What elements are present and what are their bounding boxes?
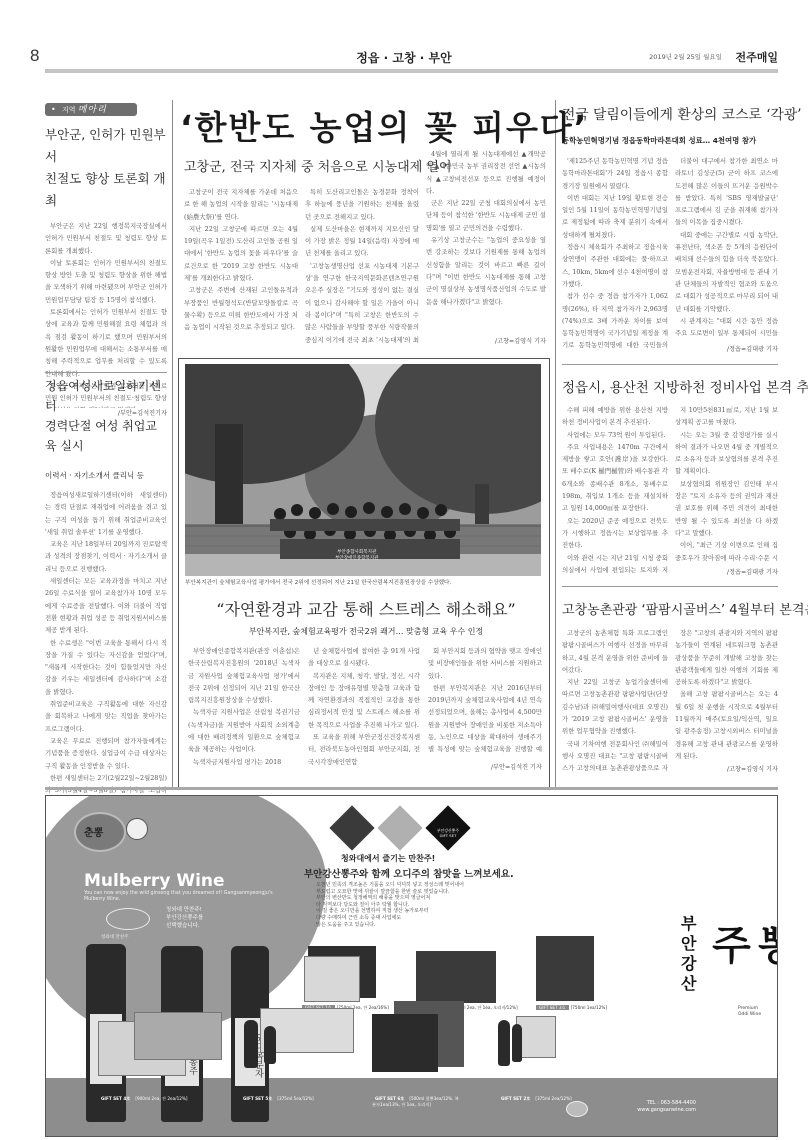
advertisement[interactable]: 춘뽕 Mulberry Wine You can now enjoy the w… [45, 795, 778, 1137]
article-jeongeup-women: 정읍여성새로일하기센터 경력단절 여성 취업교육 실시 이력서 · 자기소개서 … [45, 376, 167, 819]
paragraph: 장은 "고창의 관광지와 지역의 팜팜농가들이 연계된 네트워크형 농촌관광상품… [675, 627, 778, 688]
center-headline: “자연환경과 교감 통해 스트레스 해소해요” [180, 597, 552, 620]
contact-phone: TEL : 063-584-4400 [586, 1100, 696, 1107]
center-subheadline: 부안복지관, 숲체험교육평가 전국2위 쾌거… 맞춤형 교육 우수 인정 [180, 626, 552, 637]
paragraph: 지난 22일 고창군에 따르면 오는 4월 19일(곡우 1일전) 도산리 고인… [184, 223, 298, 284]
center-article-col-1: 부안장애인종합복지관(관장 이춘섭)은 한국산림복지진흥원의 '2018년 녹색… [188, 645, 300, 775]
paragraph: 회 부안지회 등과의 협약을 맺고 장애인 및 비장애인들을 위한 서비스를 지… [428, 645, 542, 682]
newspaper-name: 전주매일 [735, 49, 778, 65]
gift-set-label: GIFT SET 3호[750ml 1ea/12%] [536, 1005, 607, 1011]
gift-set-4-lid [134, 1012, 222, 1060]
banner-line: 부안장애인종합복지관 [335, 556, 378, 562]
small-bottle [264, 1026, 276, 1064]
premium-line: Oddi Wine [738, 1012, 761, 1018]
paragraph: 참가 선수 중 정읍 참가자가 1,062명(26%), 타 지역 참가자가 2… [562, 290, 668, 350]
paragraph: 이어, "최근 기상 이변으로 인해 집중호우가 잦아짐에 따라 수리·수문 시… [675, 539, 778, 564]
column-divider [172, 100, 173, 790]
section-badge: • 지역 메아리 [45, 103, 137, 116]
paragraph: 부안장애인종합복지관(관장 이춘섭)은 한국산림복지진흥원의 '2018년 녹색… [188, 645, 300, 706]
calligraphy-char: 부 [681, 914, 699, 934]
center-article-col-2: 년 숲체험사업에 참여한 총 91개 사업을 대상으로 실시됐다. 복지관은 지… [308, 645, 420, 775]
paragraph: 더불어 대구에서 참가한 최연소 마라토너 김성군(5) 군이 하프 코스에 도… [675, 155, 778, 229]
article-body: 정읍여성새로일하기센터(이하 새일센터)는 경력 단절로 재취업에 어려움을 겪… [45, 489, 167, 810]
article-divider [45, 372, 167, 373]
main-article-col-3: 4월에 열리게 될 시농대제에선 ▲개막공연 ▲대한민국 농부 권리장전 선언 … [426, 148, 546, 333]
byline: /고창=김영식 기자 [675, 764, 778, 773]
article-subheadline: 이력서 · 자기소개서 클리닉 등 [45, 470, 167, 481]
paragraph: 녹색자금 지원사업은 산림청 복권기금(녹색자금)을 지원받아 사회적 소외계층… [188, 706, 300, 755]
right-headline-marathon: 전국 달림이들에게 환상의 코스로 ‘각광’ [562, 103, 802, 123]
badge-small-label: 지역 [62, 106, 76, 114]
ad-tagline: You can now enjoy the wild ginseng that … [84, 891, 274, 903]
gift-set-desc: [750ml 1ea/12%] [571, 1005, 607, 1010]
paragraph: 녹색자금지원사업 평가는 2018 [188, 756, 300, 768]
gift-set-desc: [375ml 2ea/12%] [535, 1096, 571, 1101]
paragraph: 4월에 열리게 될 시농대제에선 ▲개막공연 ▲대한민국 농부 권리장전 선언 … [426, 148, 546, 197]
calligraphy-char: 안 [681, 934, 699, 954]
award-line: 청와대 만찬주! [166, 906, 203, 914]
main-headline: ‘한반도 농업의 꽃 피우다’ [180, 102, 550, 149]
calligraphy-char: 강 [681, 954, 699, 974]
paragraph: 보상협의회 위원장인 김인태 부시장은 "토지 소유자 등의 권익과 재산권 보… [675, 478, 778, 539]
headline-line: 부안군, 인허가 민원부서 [45, 124, 167, 168]
ad-headline-2: 부안강산뽕주와 함께 오디주의 참맛을 느껴보세요. [304, 866, 514, 880]
gift-set-tag: GIFT SET 6호 [372, 1096, 407, 1101]
right-headline-farmbus: 고창농촌관광 ‘팜팜시골버스’ 4월부터 본격운영 [562, 599, 808, 618]
paragraph: 고창군이 전국 지자체를 가운데 처음으로 한 해 농업의 시작을 알리는 '시… [184, 186, 298, 223]
group-photo-image [185, 364, 541, 576]
paragraph: 년 숲체험사업에 참여한 총 91개 사업을 대상으로 실시됐다. [308, 645, 420, 670]
paragraph: 주요 사업내용은 1470m 구간에서 제방을 쌓고 호안(護岸)을 보강한다.… [562, 441, 668, 515]
calligraphy-large: 뽕주 [705, 924, 778, 964]
gift-set-7-bottles [304, 956, 360, 1002]
gift-set-tag: GIFT SET 3호 [536, 1005, 569, 1010]
paragraph: 토론회에서는 인허가 민원부서 친절도 향상에 교육과 함께 민원해결 요령 체… [45, 306, 167, 380]
paragraph: 이와 관련 시는 지난 21일 시청 중회의실에서 사업에 편입되는 토지와 지… [562, 552, 668, 576]
gift-set-3-box [536, 936, 594, 1001]
ad-body-line: 부안의 변산반도 청정해역의 해풍을 맞으며 영글어져 [316, 895, 576, 902]
marathon-col-2: 더불어 대구에서 참가한 최연소 마라토너 김성군(5) 군이 하프 코스에 도… [675, 155, 778, 340]
ad-title: Mulberry Wine [84, 871, 225, 891]
farmbus-col-2: 장은 "고창의 관광지와 지역의 팜팜농가들이 연계된 네트워크형 농촌관광상품… [675, 627, 778, 762]
right-subheadline-marathon: 동학농민혁명기념 정읍동학마라톤대회 성료… 4천여명 참가 [562, 135, 756, 146]
gift-set-label: GIFT SET 5호[375ml 5ea/12%] [240, 1096, 314, 1102]
paragraph: 복지관은 지체, 청각, 발달, 정신, 시각 장애인 등 장애유형별 맞춤형 … [308, 670, 420, 731]
center-article-col-3: 회 부안지회 등과의 협약을 맺고 장애인 및 비장애인들을 위한 서비스를 지… [428, 645, 542, 757]
photo-caption: 부안복지관이 숲체험교육사업 평가에서 전국 2위에 선정되어 지난 21일 한… [185, 578, 451, 586]
paragraph: 지 10만5천831㎡로, 지난 1월 보상계획 공고를 마쳤다. [675, 404, 778, 429]
paragraph: 유기상 고창군수는 "농업의 중요성을 열 번 강조하는 것보다 기원제를 통해… [426, 234, 546, 308]
headline-line: 친절도 향상 토론회 개최 [45, 168, 167, 212]
paragraph: 또 교육을 위해 부안군정신건강복지센터, 전라북도농아인협회 부안군지회, 전… [308, 731, 420, 768]
ad-body-copy: 오천년 민족의 격조높은 기품을 오디 넉넉히 넣고 정성스레 빚어내어 부드럽… [316, 882, 576, 928]
article-buan-civil: 부안군, 인허가 민원부서 친절도 향상 토론회 개최 부안군은 지난 22일 … [45, 124, 167, 417]
paragraph: 이번 대회는 지난 19일 황토현 전승일인 5월 11일이 동학농민혁명기념일… [562, 192, 668, 241]
paragraph: 시 관계자는 "대회 시간 동안 정읍주요 도로변이 일부 통제되어 시민들이 … [675, 315, 778, 340]
paragraph: 고창군의 농촌체험 특화 프로그램인 팜팜시골버스가 여행사 선정을 마무리 하… [562, 627, 668, 676]
award-label: 청와대 만찬주 [101, 934, 129, 940]
yongsan-col-2: 지 10만5천831㎡로, 지난 1월 보상계획 공고를 마쳤다. 시는 오는 … [675, 404, 778, 564]
photo-banner: 부안종합사회복지관 부안장애인종합복지관 [335, 550, 378, 562]
main-article-col-2: 특히 도산리고인돌은 농경문화 정착이후 하늘에 풍년을 기원하는 천제를 올렸… [305, 186, 419, 346]
paragraph: 교육은 지난 18일부터 20일까지 진로탐색과 성격의 장점찾기, 이력서 ·… [45, 538, 167, 575]
gift-set-desc: [375ml 5ea/12%] [277, 1096, 313, 1101]
article-divider [562, 364, 778, 365]
marathon-col-1: '제125주년 동학농민혁명 기념 정읍동학마라톤대회'가 24일 정읍시 종합… [562, 155, 668, 350]
masthead: 8 정읍 · 고창 · 부안 2019년 2월 25일 월요일 전주매일 [30, 46, 778, 70]
paragraph: 사업에는 모두 73억 원이 투입된다. [562, 429, 668, 441]
calligraphy-small: 부 안 강 산 [681, 914, 699, 994]
diamond-label-line: GIFT SET [430, 833, 466, 838]
award-line: 부안강산뽕주를 [166, 914, 203, 922]
gift-set-6-box [372, 1014, 438, 1072]
paragraph: 부안군은 지난 22일 행정복지국장실에서 인허가 민원부서 친절도 및 청렴도… [45, 220, 167, 257]
article-headline: 정읍여성새로일하기센터 경력단절 여성 취업교육 실시 [45, 376, 167, 456]
paragraph: 한 수료생은 "이번 교육을 통해서 다시 직장을 가질 수 있다는 자신감을 … [45, 637, 167, 698]
article-divider [562, 586, 778, 587]
headline-line: 경력단절 여성 취업교육 실시 [45, 416, 167, 456]
paragraph: 시는 오는 3월 중 감정평가를 실시하여 결과가 나오면 4월 중 개별적으로… [675, 429, 778, 478]
small-bottle [244, 1020, 258, 1068]
byline: /부안=김석진 기자 [428, 762, 542, 771]
paragraph: 올해 고창 팜팜시골버스는 오는 4월 6일 첫 운행을 시작으로 4월부터 1… [675, 688, 778, 762]
gift-set-tag: GIFT SET 2호 [498, 1096, 533, 1101]
ad-separator [45, 787, 778, 790]
ad-body-line: 이 질 좋은 오디만을 선별하여 직접 생산 농가로부터 [316, 908, 576, 915]
ad-body-line: 다량 수매하여 근린 소득 증대 사업에도 [316, 915, 576, 922]
paragraph: 정읍여성새로일하기센터(이하 새일센터)는 경력 단절로 재취업에 어려움을 겪… [45, 489, 167, 538]
gift-set-desc: [900ml 2ea, 잔 2ea/12%] [135, 1096, 187, 1101]
paragraph: 이날 토론회는 인허가 민원부서의 친절도 향상 방안 도출 및 청렴도 향상을… [45, 257, 167, 306]
byline: /정읍=김대광 기자 [675, 344, 778, 353]
column-divider [555, 100, 556, 790]
brand-logo-text: 춘뽕 [84, 824, 103, 839]
paragraph: 정읍시 체육회가 주최하고 정읍시육상연맹이 주관한 대회에는 풀·하프코스, … [562, 241, 668, 290]
paragraph: 취업준비교육은 구직활동에 대한 자신감을 회복하고 나에게 맞는 직업을 찾아… [45, 698, 167, 735]
ad-headline-1: 청와대에서 즐기는 만찬주! [341, 853, 435, 864]
gift-set-label: GIFT SET 4호[900ml 2ea, 잔 2ea/12%] [98, 1096, 188, 1102]
paragraph: '제125주년 동학농민혁명 기념 정읍동학마라톤대회'가 24일 정읍시 종합… [562, 155, 668, 192]
ad-contact: TEL : 063-584-4400 www.gangsanwine.com [586, 1100, 696, 1114]
main-article-col-1: 고창군이 전국 지자체를 가운데 처음으로 한 해 농업의 시작을 알리는 '시… [184, 186, 298, 346]
small-bottle [512, 1024, 522, 1062]
yongsan-col-1: 수해 피해 예방을 위한 용산천 지방하천 정비사업이 본격 추진된다. 사업에… [562, 404, 668, 576]
masthead-rule [45, 69, 778, 73]
mascot-icon [126, 818, 148, 840]
gift-set-1-box [416, 951, 496, 1003]
byline: /정읍=김대광 기자 [675, 567, 778, 576]
article-headline: 부안군, 인허가 민원부서 친절도 향상 토론회 개최 [45, 124, 167, 212]
group-photo: 부안종합사회복지관 부안장애인종합복지관 [185, 364, 541, 576]
blue-house-emblem-icon [106, 908, 150, 930]
calligraphy-char: 산 [681, 974, 699, 994]
paragraph: 오는 2020년 준공 예정으로 전북도가 시행하고 정읍시는 보상업무를 추진… [562, 515, 668, 552]
paragraph: 대회 중에는 구간별로 시립 농악단, 퓨전난타, 색소폰 등 5개의 응원단이… [675, 229, 778, 315]
paragraph: 고창군은 주변에 산재된 고인돌유적과 부장품인 반월형석도(반달모양돌칼로 곡… [184, 284, 298, 333]
company-logo-icon [566, 1101, 588, 1117]
paragraph: 특히 도산리고인돌은 농경문화 정착이후 하늘에 풍년을 기원하는 천제를 올렸… [305, 186, 419, 223]
main-subheadline: 고창군, 전국 지자체 중 처음으로 시농대제 열어 [184, 156, 452, 175]
ad-body-line: 많은 도움을 주고 있습니다. [316, 922, 576, 929]
badge-big-label: 메아리 [78, 105, 107, 115]
gift-set-diamond-label: 부안강산뽕주 GIFT SET [430, 828, 466, 838]
byline: /고창=김영식 기자 [426, 336, 546, 345]
bullet-icon: • [51, 105, 56, 114]
issue-date: 2019년 2월 25일 월요일 [649, 52, 722, 61]
paragraph: 한편 부안복지관은 지난 2016년부터 2019년까지 숲체험교육사업에 4년… [428, 682, 542, 757]
mulberry-photo-diamond [329, 805, 374, 850]
gift-set-label: GIFT SET 6호[500ml 참뽕3ea/12%, 복분자1ea/13%,… [372, 1096, 462, 1107]
paragraph: 국내 기차여행 전문회사인 ㈜해밀여행사 오명진 대표는 "고창 팜팜시골버스가… [562, 738, 668, 777]
gift-set-tag: GIFT SET 5호 [240, 1096, 275, 1101]
paragraph: '고창농생명산업 선포 시농대제 기본구상'을 연구한 한국지역문화콘텐츠연구원… [305, 260, 419, 346]
contact-website[interactable]: www.gangsanwine.com [586, 1107, 696, 1114]
award-text: 청와대 만찬주! 부안강산뽕주를 선택했습니다. [166, 906, 203, 930]
ad-body-line: 오천년 민족의 격조높은 기품을 오디 넉넉히 넣고 정성스레 빚어내어 [316, 882, 576, 889]
right-headline-yongsan: 정읍시, 용산천 지방하천 정비사업 본격 추진 [562, 376, 808, 396]
paragraph: 군은 지난 22일 군청 대회의실에서 농민단체 등이 참석한 '한반도 시농대… [426, 197, 546, 234]
headline-line: 정읍여성새로일하기센터 [45, 376, 167, 416]
small-bottle [498, 1020, 510, 1066]
paragraph: 실제 도산마을은 현재까지 지모신인 달이 가장 밝은 정월 14일(음력) 자… [305, 223, 419, 260]
paragraph: 지난 22일 고창군 농업기술센터에 따르면 고창농촌관광 팜팜사업단(단장 김… [562, 676, 668, 737]
paragraph: 수해 피해 예방을 위한 용산천 지방하천 정비사업이 본격 추진된다. [562, 404, 668, 429]
paragraph: 교육은 무료로 진행되며 참가자들에게는 기념품을 증정한다. 실업급여 수급 … [45, 735, 167, 772]
award-line: 선택했습니다. [166, 922, 203, 930]
gift-set-tag: GIFT SET 4호 [98, 1096, 133, 1101]
premium-label: Premium Oddi Wine [738, 1006, 761, 1018]
paragraph: 새일센터는 모든 교육과정을 마치고 지난 26일 수료식을 열어 교육참가자 … [45, 575, 167, 636]
orchard-photo-diamond [377, 805, 422, 850]
farmbus-col-1: 고창군의 농촌체험 특화 프로그램인 팜팜시골버스가 여행사 선정을 마무리 하… [562, 627, 668, 777]
gift-set-2-box [516, 1016, 556, 1058]
gift-set-label: GIFT SET 2호[375ml 2ea/12%] [498, 1096, 572, 1102]
